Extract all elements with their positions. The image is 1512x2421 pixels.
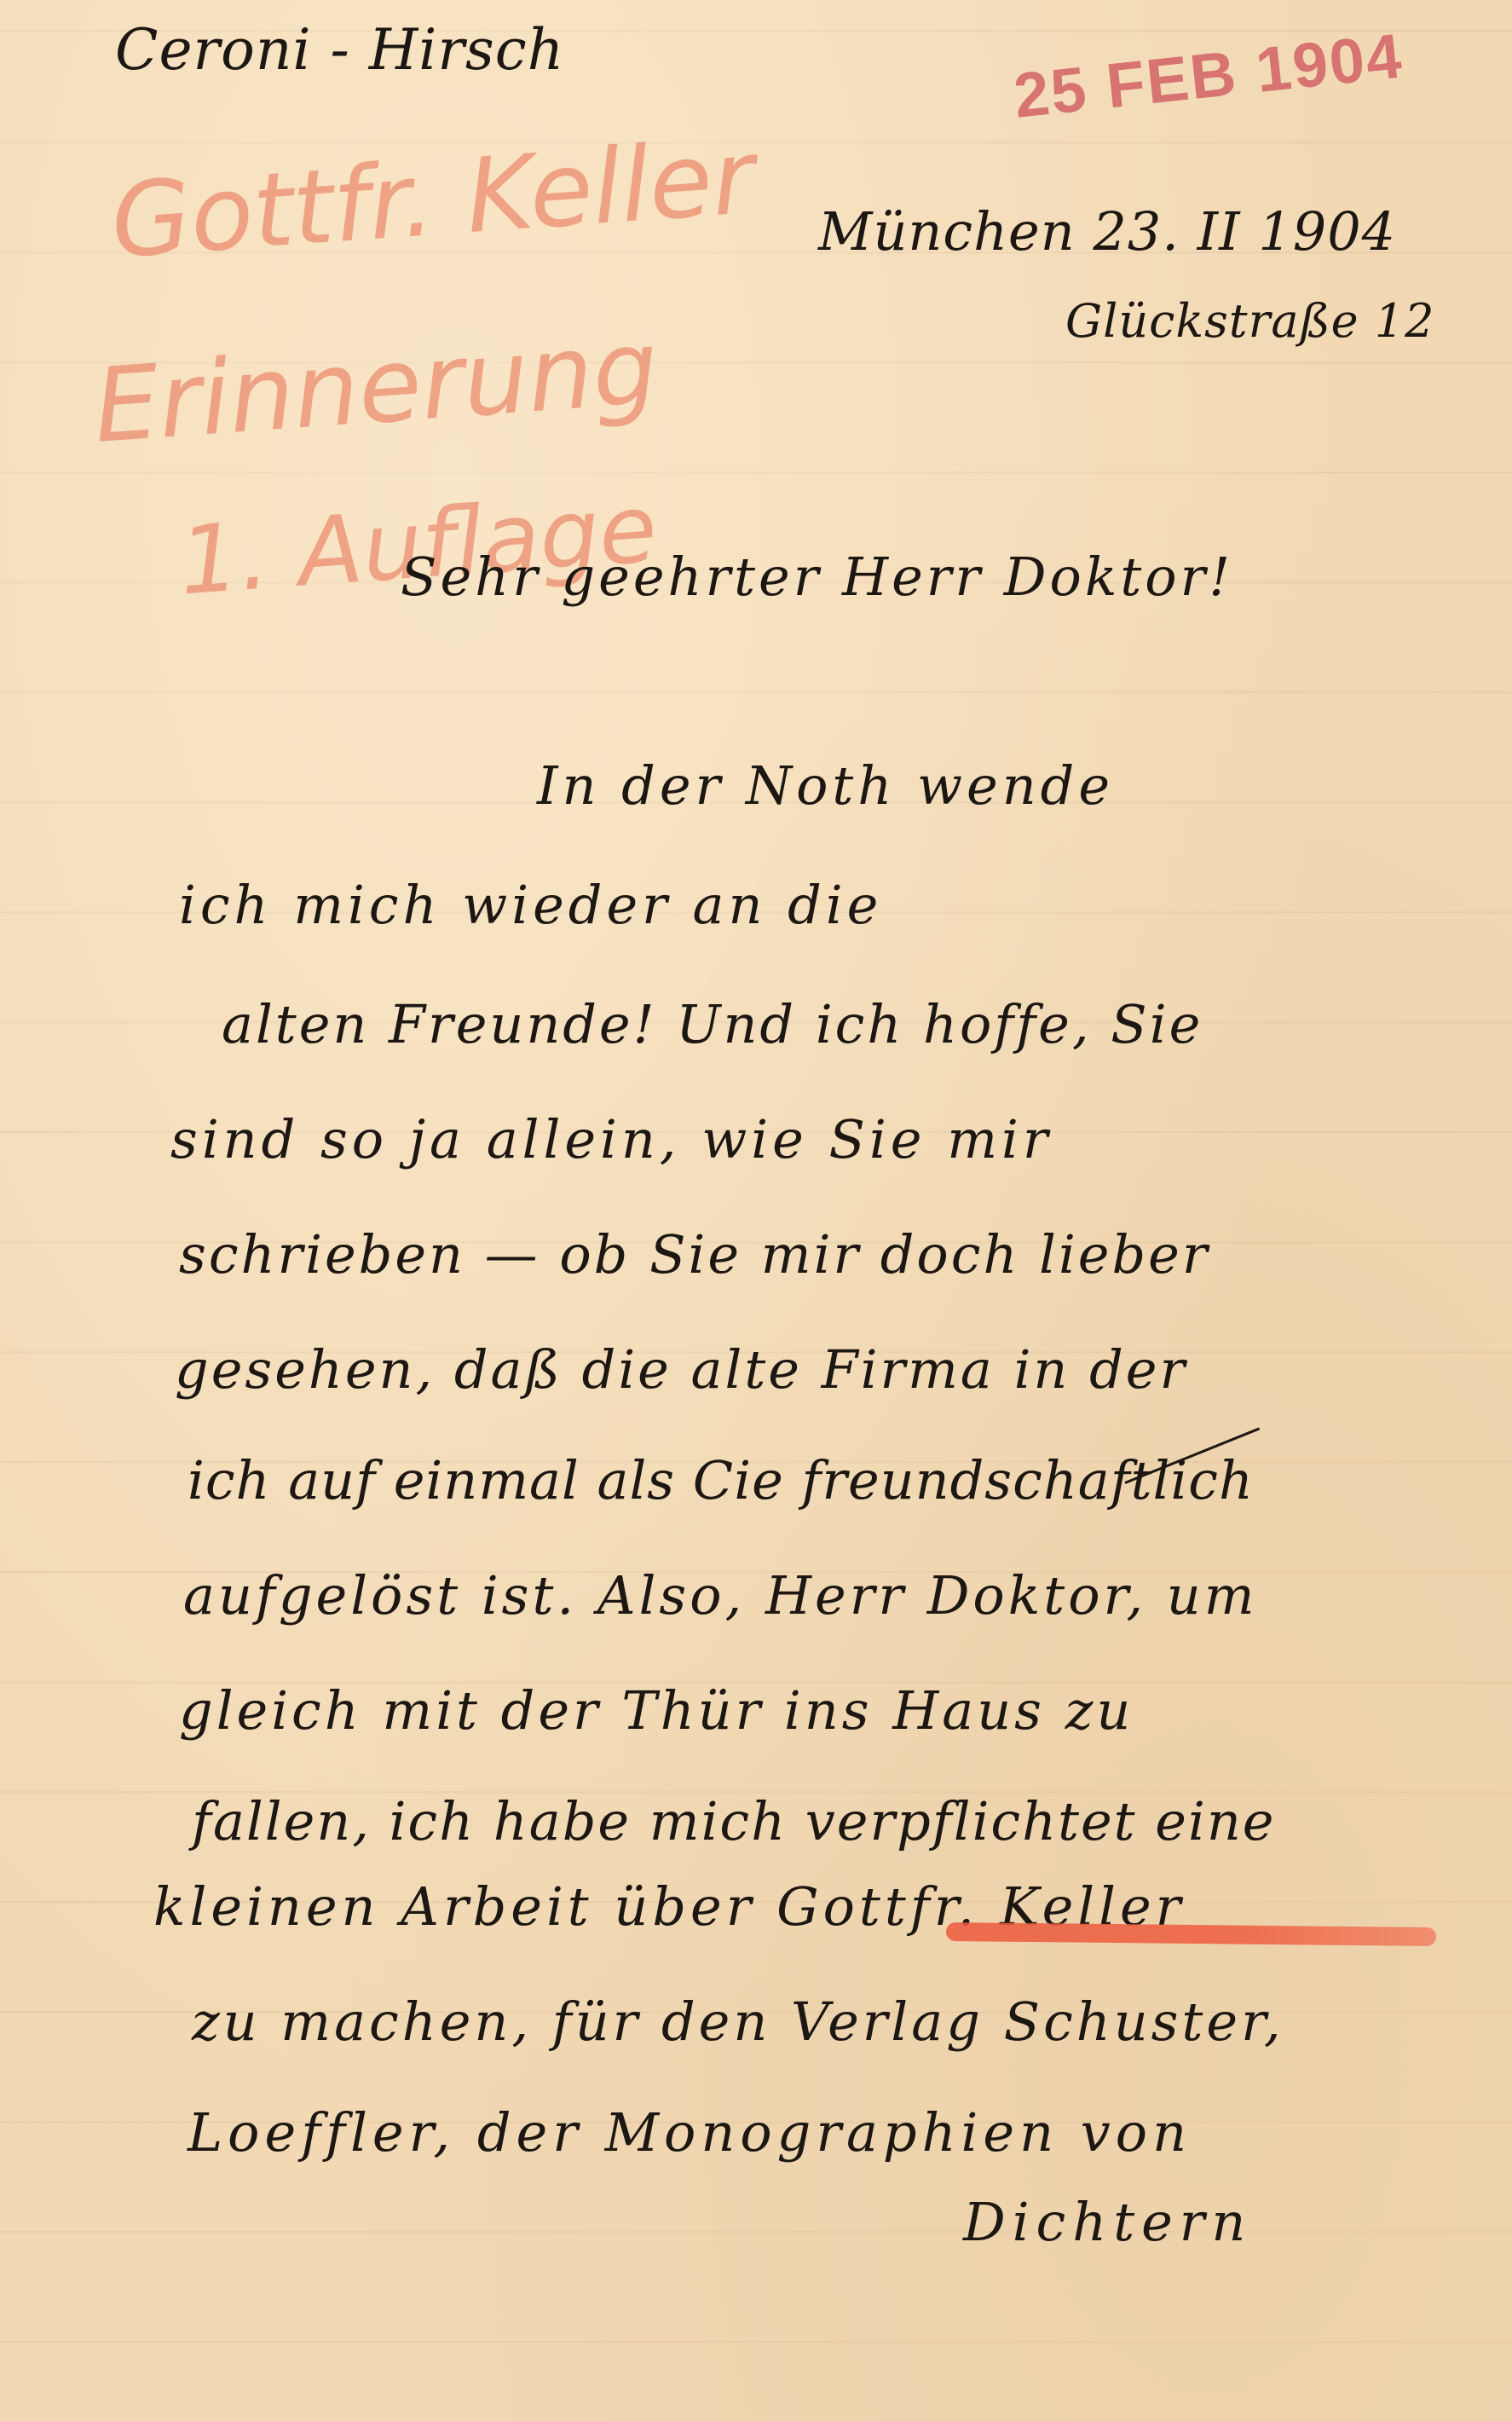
body-line-8: aufgelöst ist. Also, Herr Doktor, um (183, 1564, 1258, 1627)
body-line-1: In der Noth wende (537, 754, 1114, 817)
letter-page: Ceroni - Hirsch 25 FEB 1904 Gottfr. Kell… (0, 0, 1512, 2421)
body-line-12: zu machen, für den Verlag Schuster, (192, 1991, 1284, 2053)
archive-note: Ceroni - Hirsch (115, 17, 564, 83)
place-date: München 23. II 1904 (818, 200, 1396, 263)
body-line-7: ich auf einmal als Cie freundschaftlich (188, 1449, 1254, 1511)
body-line-14: Dichtern (963, 2191, 1252, 2253)
body-line-13: Loeffler, der Monographien von (188, 2101, 1192, 2164)
sender-address: Glückstraße 12 (1065, 294, 1434, 348)
body-line-4: sind so ja allein, wie Sie mir (170, 1108, 1052, 1170)
received-date-stamp: 25 FEB 1904 (1011, 19, 1406, 131)
pencil-annotation-2: Erinnerung (90, 309, 661, 466)
body-line-9: gleich mit der Thür ins Haus zu (179, 1679, 1134, 1742)
body-line-3: alten Freunde! Und ich hoffe, Sie (222, 993, 1203, 1055)
body-line-6: gesehen, daß die alte Firma in der (175, 1338, 1187, 1401)
body-line-2: ich mich wieder an die (179, 874, 882, 936)
body-line-5: schrieben — ob Sie mir doch lieber (179, 1223, 1210, 1286)
body-line-10: fallen, ich habe mich verpflichtet eine (192, 1790, 1275, 1852)
salutation: Sehr geehrter Herr Doktor! (401, 546, 1233, 608)
red-pencil-underline (946, 1922, 1436, 1946)
pencil-annotation-1: Gottfr. Keller (107, 118, 758, 281)
